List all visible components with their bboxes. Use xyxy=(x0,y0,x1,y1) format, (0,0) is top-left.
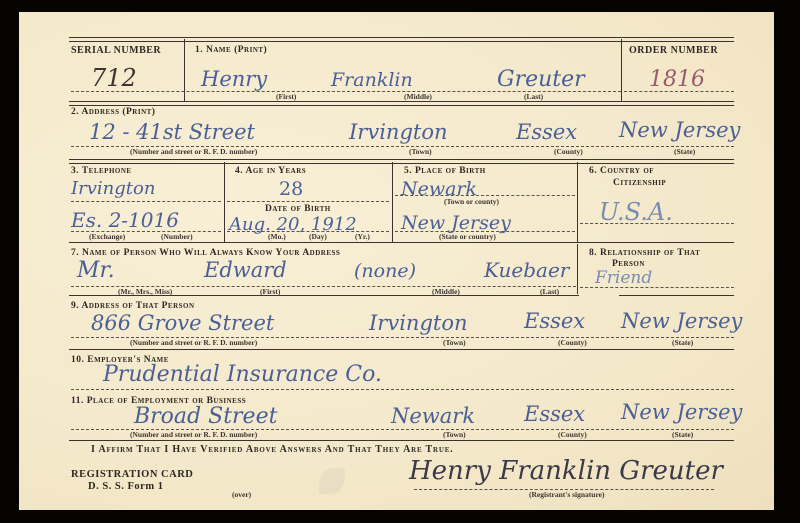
address-street: 12 - 41st Street xyxy=(89,120,255,144)
employment-state: New Jersey xyxy=(621,400,742,424)
employment-street: Broad Street xyxy=(134,404,277,429)
rule xyxy=(69,440,734,441)
contact-middle: (none) xyxy=(354,260,416,282)
sub-exchange: (Exchange) xyxy=(89,232,125,241)
address-state: New Jersey xyxy=(619,118,740,142)
card-title: REGISTRATION CARD xyxy=(71,469,193,480)
rule xyxy=(69,242,734,243)
sub-month: (Mo.) xyxy=(268,232,286,241)
sub-contact-state: (State) xyxy=(672,338,693,347)
dotted-line xyxy=(580,223,734,224)
contact-first: Edward xyxy=(204,258,287,282)
rule xyxy=(69,101,734,106)
over-note: (over) xyxy=(232,490,251,499)
sub-employment-town: (Town) xyxy=(443,430,466,439)
sub-employment-state: (State) xyxy=(672,430,693,439)
rule xyxy=(69,159,734,164)
sub-year: (Yr.) xyxy=(355,232,370,241)
contact-address-state: New Jersey xyxy=(621,309,742,333)
rule xyxy=(69,349,734,350)
name-first: Henry xyxy=(201,67,267,91)
sub-last: (Last) xyxy=(524,92,543,101)
age-value: 28 xyxy=(279,178,303,200)
sub-middle: (Middle) xyxy=(404,92,432,101)
sub-number: (Number) xyxy=(161,232,193,241)
rule xyxy=(69,295,579,296)
contact-address-street: 866 Grove Street xyxy=(91,311,274,335)
contact-title: Mr. xyxy=(77,258,115,283)
registrant-signature: Henry Franklin Greuter xyxy=(409,456,723,486)
contact-address-label: 9. Address of That Person xyxy=(71,301,195,311)
age-label: 4. Age in Years xyxy=(235,166,306,176)
leaf-watermark-icon xyxy=(319,468,345,494)
card-form: D. S. S. Form 1 xyxy=(88,481,163,492)
affirmation-text: I Affirm That I Have Verified Above Answ… xyxy=(91,444,453,455)
sub-first: (First) xyxy=(276,92,296,101)
rule xyxy=(619,295,734,296)
top-rule xyxy=(69,37,734,42)
divider xyxy=(577,162,578,242)
dotted-line xyxy=(71,389,734,390)
telephone-label: 3. Telephone xyxy=(71,166,132,176)
dotted-line xyxy=(580,287,734,288)
registration-card: SERIAL NUMBER 712 1. Name (Print) Henry … xyxy=(19,12,774,510)
sub-state: (State) xyxy=(674,147,695,156)
dob-label: Date of Birth xyxy=(265,204,331,214)
contact-label: 7. Name of Person Who Will Always Know Y… xyxy=(71,248,340,258)
order-number-label: ORDER NUMBER xyxy=(629,45,718,56)
relationship-label-1: 8. Relationship of That xyxy=(589,248,700,258)
signature-label: (Registrant's signature) xyxy=(529,490,604,499)
citizenship-label-1: 6. Country of xyxy=(589,166,654,176)
address-town: Irvington xyxy=(349,120,448,144)
order-number-value: 1816 xyxy=(649,67,705,92)
birthplace-label: 5. Place of Birth xyxy=(404,166,486,176)
employment-county: Essex xyxy=(524,402,585,426)
contact-address-town: Irvington xyxy=(369,311,468,335)
divider xyxy=(392,162,393,242)
telephone-exchange-name: Irvington xyxy=(71,178,155,199)
employer-value: Prudential Insurance Co. xyxy=(103,362,382,387)
dotted-line xyxy=(71,201,221,202)
sub-employment-county: (County) xyxy=(558,430,587,439)
sub-county: (County) xyxy=(554,147,583,156)
dotted-line xyxy=(624,91,734,92)
divider xyxy=(224,162,225,242)
sub-birth-town: (Town or county) xyxy=(444,197,499,206)
dotted-line xyxy=(395,195,575,196)
name-label: 1. Name (Print) xyxy=(195,45,267,55)
contact-address-county: Essex xyxy=(524,309,585,333)
citizenship-label-2: Citizenship xyxy=(613,178,666,188)
telephone-number: Es. 2-1016 xyxy=(71,208,179,232)
citizenship-value: U.S.A. xyxy=(599,198,673,226)
sub-contact-street: (Number and street or R. F. D. number) xyxy=(130,338,257,347)
sub-street: (Number and street or R. F. D. number) xyxy=(130,147,257,156)
relationship-value: Friend xyxy=(595,268,652,288)
divider xyxy=(577,244,578,294)
serial-number-label: SERIAL NUMBER xyxy=(71,45,161,56)
dotted-line xyxy=(227,201,389,202)
employment-town: Newark xyxy=(391,404,475,428)
divider xyxy=(621,39,622,101)
contact-last: Kuebaer xyxy=(484,258,569,282)
sub-contact-town: (Town) xyxy=(443,338,466,347)
sub-contact-county: (County) xyxy=(558,338,587,347)
address-label: 2. Address (Print) xyxy=(71,107,155,117)
serial-number-value: 712 xyxy=(91,64,137,92)
name-middle: Franklin xyxy=(331,69,413,91)
sub-day: (Day) xyxy=(309,232,327,241)
name-last: Greuter xyxy=(497,67,585,92)
sub-birth-state: (State or country) xyxy=(439,232,496,241)
address-county: Essex xyxy=(516,120,577,144)
sub-employment-street: (Number and street or R. F. D. number) xyxy=(130,430,257,439)
sub-town: (Town) xyxy=(409,147,432,156)
